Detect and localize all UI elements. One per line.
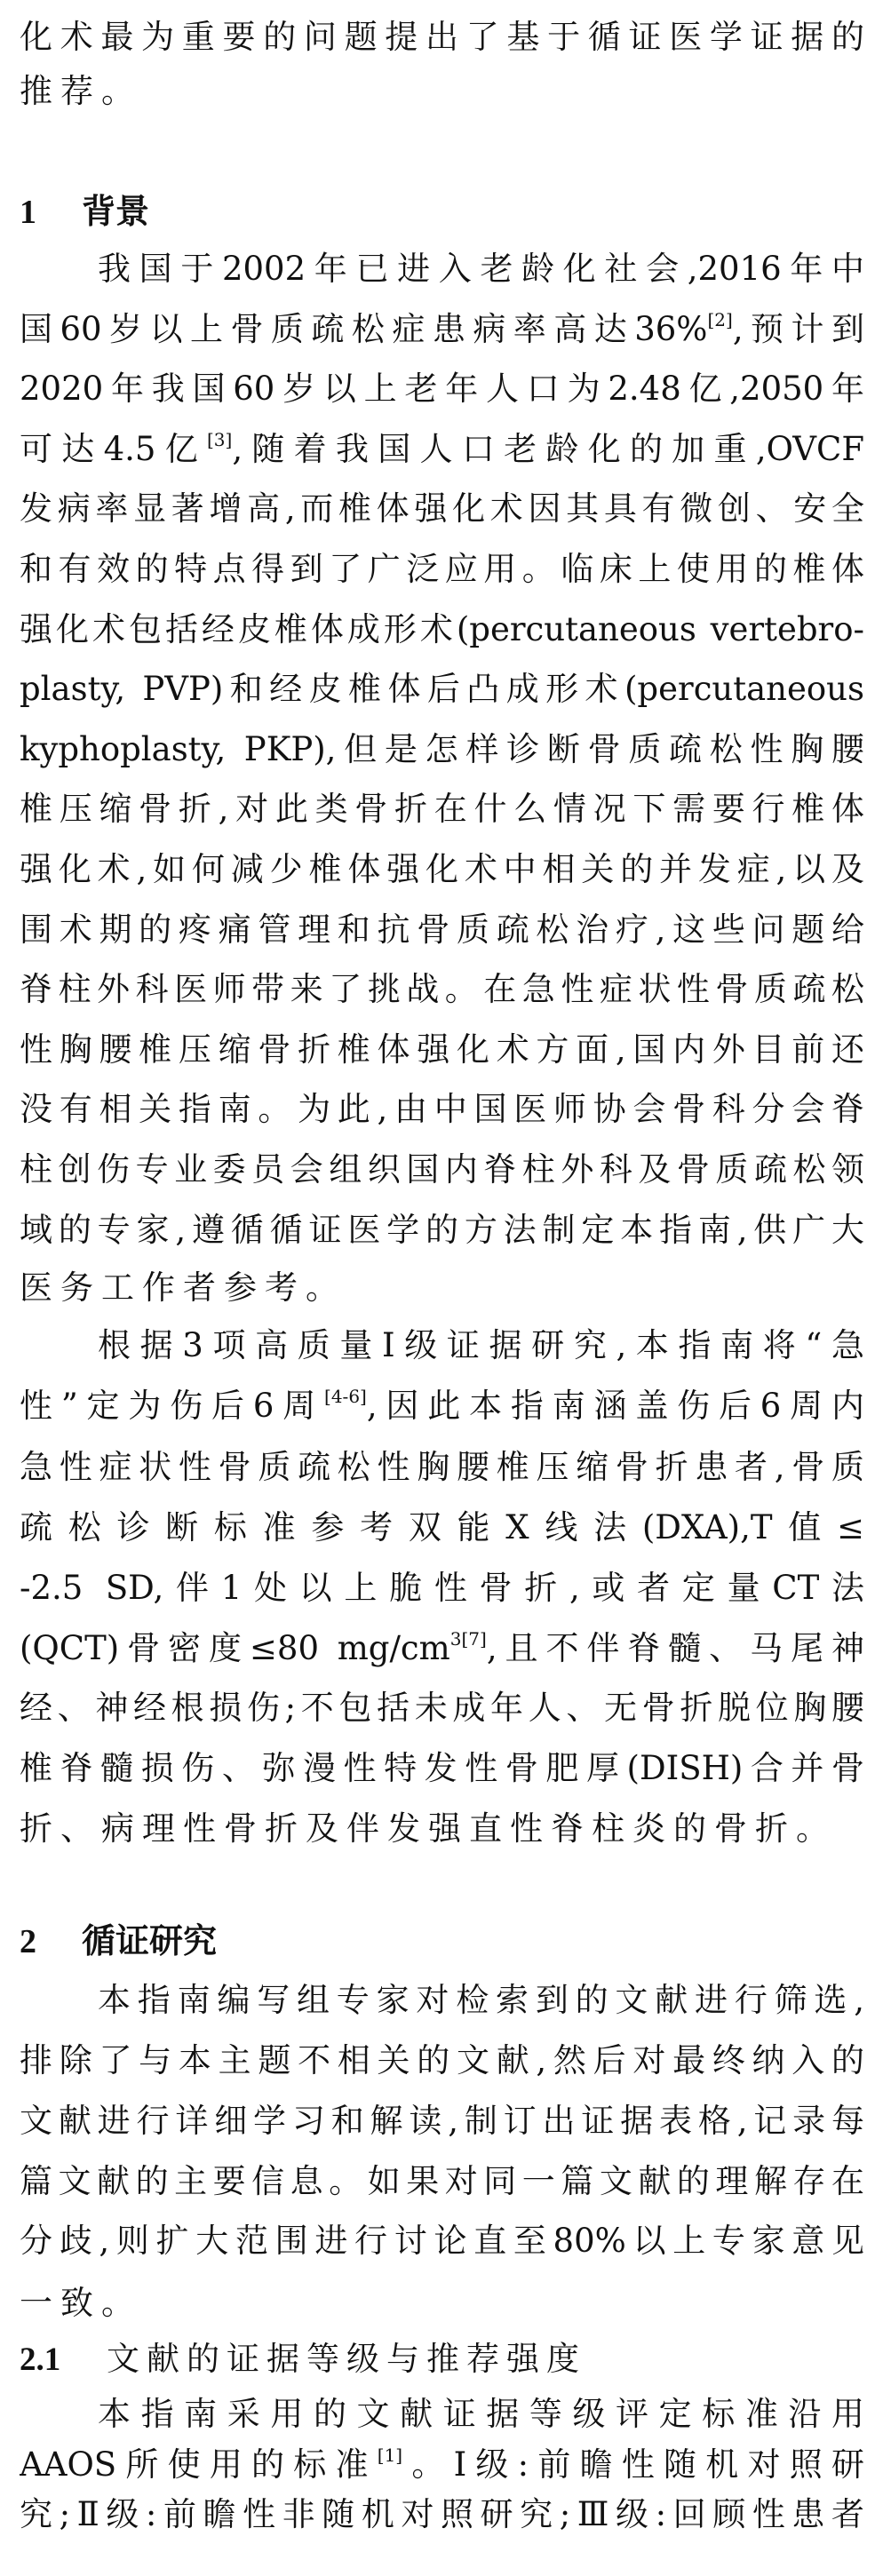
paragraph-line: 发病率显著增高,而椎体强化术因其具有微创、安全 — [20, 482, 864, 536]
document-page: 化术最为重要的问题提出了基于循证医学证据的 推荐。 1背景 我国于2002年已进… — [0, 0, 875, 2576]
paragraph-line: 文献进行详细学习和解读,制订出证据表格,记录每 — [20, 2095, 864, 2148]
paragraph-line: 性胸腰椎压缩骨折椎体强化术方面,国内外目前还 — [20, 1023, 864, 1077]
citation-ref[interactable]: [4-6] — [324, 1386, 367, 1407]
paragraph-line: 推荐。 — [20, 65, 864, 118]
text-run: ,预计到 — [733, 310, 864, 348]
section-number: 2 — [20, 1915, 82, 1968]
text-run: 性”定为伤后6周 — [20, 1387, 324, 1425]
paragraph-line: 根据3项高质量Ⅰ级证据研究,本指南将“急 — [98, 1319, 864, 1372]
citation-ref[interactable]: [3] — [207, 429, 232, 450]
subsection-number: 2.1 — [20, 2334, 107, 2387]
paragraph-line: 椎压缩骨折,对此类骨折在什么情况下需要行椎体 — [20, 783, 864, 836]
text-run: 国60岁以上骨质疏松症患病率高达36% — [20, 310, 707, 348]
paragraph-line: 究;Ⅱ级:前瞻性非随机对照研究;Ⅲ级:回顾性患者 — [20, 2488, 864, 2541]
paragraph-line: 围术期的疼痛管理和抗骨质疏松治疗,这些问题给 — [20, 903, 864, 957]
citation-ref[interactable]: [1] — [378, 2445, 402, 2466]
paragraph-line: 强化术,如何减少椎体强化术中相关的并发症,以及 — [20, 843, 864, 896]
paragraph-line: -2.5 SD,伴1处以上脆性骨折,或者定量CT法 — [20, 1562, 864, 1615]
paragraph-line: 可达4.5亿[3],随着我国人口老龄化的加重,OVCF — [20, 423, 864, 476]
paragraph-line: 经、神经根损伤;不包括未成年人、无骨折脱位胸腰 — [20, 1682, 864, 1735]
paragraph-line: 折、病理性骨折及伴发强直性脊柱炎的骨折。 — [20, 1802, 864, 1856]
paragraph-line: 急性症状性骨质疏松性胸腰椎压缩骨折患者,骨质 — [20, 1441, 864, 1494]
paragraph-line: 没有相关指南。为此,由中国医师协会骨科分会脊 — [20, 1083, 864, 1136]
text-run: 。Ⅰ级:前瞻性随机对照研 — [402, 2445, 864, 2484]
paragraph-line: 强化术包括经皮椎体成形术(percutaneous vertebro- — [20, 603, 864, 656]
text-run: ,因此本指南涵盖伤后6周内 — [367, 1387, 864, 1425]
paragraph-line: kyphoplasty, PKP),但是怎样诊断骨质疏松性胸腰 — [20, 723, 864, 776]
paragraph-line: 疏松诊断标准参考双能X线法(DXA),T值≤ — [20, 1501, 864, 1554]
paragraph-line: 篇文献的主要信息。如果对同一篇文献的理解存在 — [20, 2155, 864, 2208]
unit-exponent: 3 — [450, 1628, 462, 1650]
paragraph-line: 本指南编写组专家对检索到的文献进行筛选, — [98, 1974, 864, 2027]
paragraph-line: 医务工作者参考。 — [20, 1261, 864, 1315]
paragraph-line: 我国于2002年已进入老龄化社会,2016年中 — [98, 242, 864, 296]
subsection-heading: 2.1文献的证据等级与推荐强度 — [20, 2333, 586, 2386]
text-run: ,随着我国人口老龄化的加重,OVCF — [232, 430, 864, 468]
paragraph-line: 一致。 — [20, 2277, 864, 2330]
citation-ref[interactable]: [7] — [461, 1628, 486, 1650]
paragraph-line: 化术最为重要的问题提出了基于循证医学证据的 — [20, 11, 864, 64]
text-run: AAOS所使用的标准 — [20, 2445, 378, 2484]
paragraph-line: 排除了与本主题不相关的文献,然后对最终纳入的 — [20, 2034, 864, 2087]
paragraph-line: 椎脊髓损伤、弥漫性特发性骨肥厚(DISH)合并骨 — [20, 1742, 864, 1795]
text-run: ,且不伴脊髓、马尾神 — [487, 1629, 864, 1667]
text-run: (QCT)骨密度≤80 mg/cm — [20, 1629, 450, 1667]
section-heading: 2循证研究 — [20, 1914, 217, 1968]
paragraph-line: 性”定为伤后6周[4-6],因此本指南涵盖伤后6周内 — [20, 1379, 864, 1433]
paragraph-line: 国60岁以上骨质疏松症患病率高达36%[2],预计到 — [20, 303, 864, 356]
section-heading-background: 1背景 — [20, 185, 149, 238]
section-title: 循证研究 — [82, 1921, 217, 1960]
paragraph-line: plasty, PVP)和经皮椎体后凸成形术(percutaneous — [20, 663, 864, 716]
text-run: 可达4.5亿 — [20, 430, 207, 468]
paragraph-line: 2020年我国60岁以上老年人口为2.48亿,2050年 — [20, 362, 864, 416]
section-number: 1 — [20, 186, 82, 239]
subsection-title: 文献的证据等级与推荐强度 — [107, 2340, 586, 2378]
paragraph-line: 柱创伤专业委员会组织国内脊柱外科及骨质疏松领 — [20, 1143, 864, 1197]
section-title: 背景 — [82, 192, 149, 231]
paragraph-line: (QCT)骨密度≤80 mg/cm3[7],且不伴脊髓、马尾神 — [20, 1622, 864, 1675]
paragraph-line: 和有效的特点得到了广泛应用。临床上使用的椎体 — [20, 543, 864, 596]
paragraph-line: 分歧,则扩大范围进行讨论直至80%以上专家意见 — [20, 2214, 864, 2268]
paragraph-line: 脊柱外科医师带来了挑战。在急性症状性骨质疏松 — [20, 963, 864, 1016]
paragraph-line: 域的专家,遵循循证医学的方法制定本指南,供广大 — [20, 1204, 864, 1257]
paragraph-line: AAOS所使用的标准[1]。Ⅰ级:前瞻性随机对照研 — [20, 2438, 864, 2492]
citation-ref[interactable]: [2] — [707, 309, 732, 330]
paragraph-line: 本指南采用的文献证据等级评定标准沿用 — [98, 2388, 864, 2441]
